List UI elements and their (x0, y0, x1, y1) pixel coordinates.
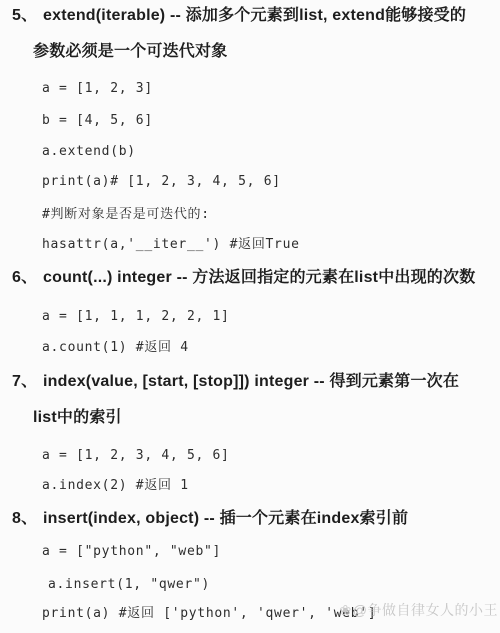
code-line: a = [1, 2, 3] (42, 80, 153, 97)
code-line: print(a) #返回 ['python', 'qwer', 'web'] (42, 605, 376, 622)
code-line: a.count(1) #返回 4 (42, 339, 189, 356)
code-line: a = ["python", "web"] (42, 543, 221, 560)
code-line: hasattr(a,'__iter__') #返回True (42, 236, 300, 253)
section-5-title: extend(iterable) -- 添加多个元素到list, extend能… (43, 7, 466, 24)
section-6-title: count(...) integer -- 方法返回指定的元素在list中出现的… (43, 269, 475, 286)
code-line: a.index(2) #返回 1 (42, 477, 189, 494)
code-line: b = [4, 5, 6] (42, 112, 153, 129)
section-7-heading-line-1: 7、index(value, [start, [stop]]) integer … (12, 371, 459, 393)
tutorial-page: 5、extend(iterable) -- 添加多个元素到list, exten… (0, 0, 500, 633)
section-5-heading-line-1: 5、extend(iterable) -- 添加多个元素到list, exten… (12, 5, 466, 27)
section-5-number: 5、 (12, 5, 43, 27)
section-8-heading-line-1: 8、insert(index, object) -- 插一个元素在index索引… (12, 508, 408, 530)
section-8-title: insert(index, object) -- 插一个元素在index索引前 (43, 510, 408, 527)
code-comment-line: #判断对象是否是可迭代的: (42, 206, 210, 223)
watermark: ❀@争做自律女人的小王 (340, 601, 498, 619)
code-line: a.extend(b) (42, 143, 136, 160)
watermark-text: @争做自律女人的小王 (353, 602, 498, 618)
section-6-heading-line-1: 6、count(...) integer -- 方法返回指定的元素在list中出… (12, 267, 475, 289)
code-line: a.insert(1, "qwer") (48, 576, 210, 593)
section-7-title: index(value, [start, [stop]]) integer --… (43, 373, 459, 390)
section-7-number: 7、 (12, 371, 43, 393)
section-7-heading-line-2: list中的索引 (33, 407, 122, 429)
section-5-heading-line-2: 参数必须是一个可迭代对象 (33, 41, 227, 63)
flower-logo-icon: ❀ (340, 602, 352, 618)
section-8-number: 8、 (12, 508, 43, 530)
code-line: a = [1, 1, 1, 2, 2, 1] (42, 308, 230, 325)
section-6-number: 6、 (12, 267, 43, 289)
code-line: print(a)# [1, 2, 3, 4, 5, 6] (42, 173, 281, 190)
code-line: a = [1, 2, 3, 4, 5, 6] (42, 447, 230, 464)
